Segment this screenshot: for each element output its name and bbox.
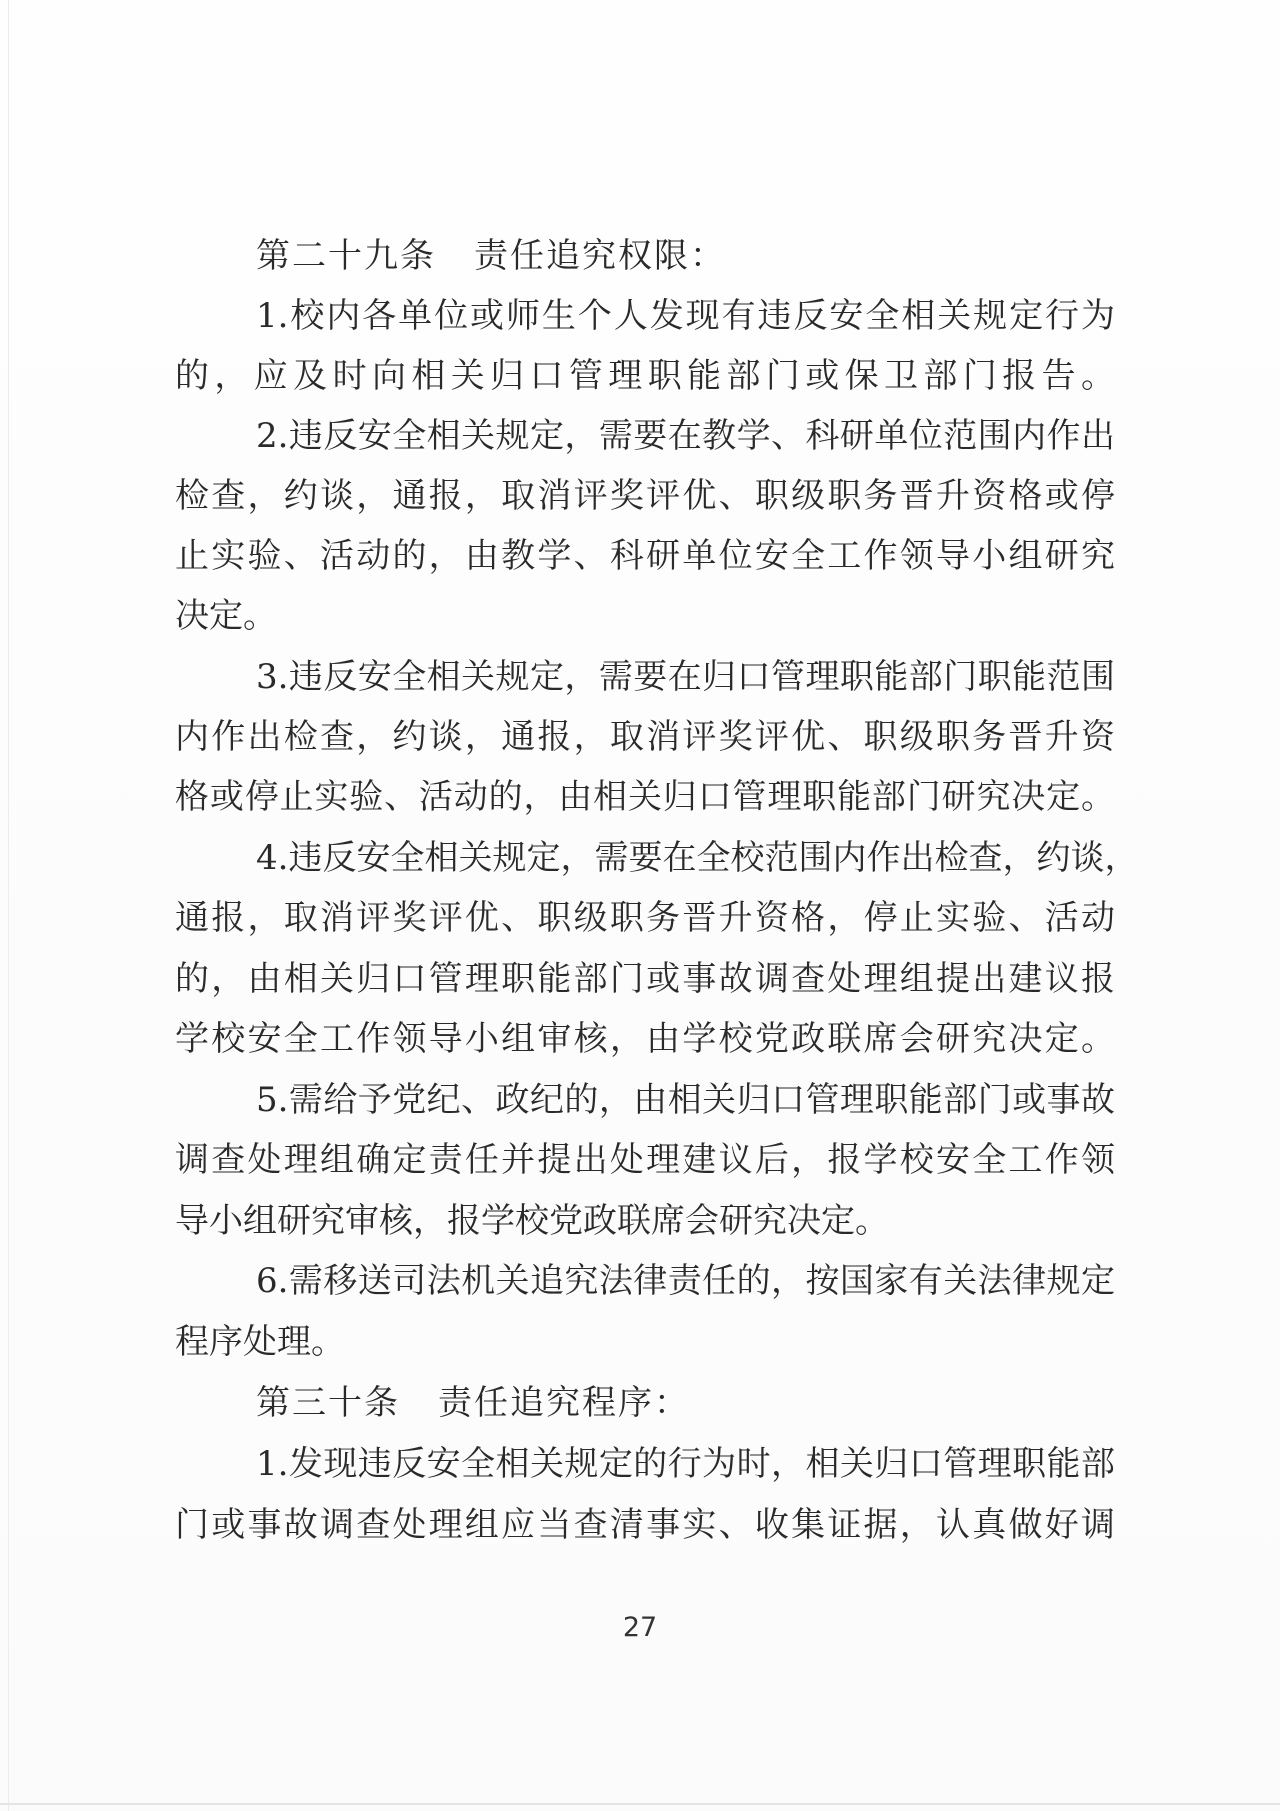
document-page: 第二十九条责任追究权限： 1.校内各单位或师生个人发现有违反安全相关规定行为 的… bbox=[0, 0, 1280, 1811]
page-edge-left bbox=[8, 0, 9, 1811]
article-29-line-18: 程序处理。 bbox=[175, 1320, 1115, 1364]
article-29-line-3: 2.违反安全相关规定，需要在教学、科研单位范围内作出 bbox=[256, 414, 1115, 458]
article-30-heading: 第三十条责任追究程序： bbox=[256, 1381, 1115, 1425]
article-29-line-2: 的，应及时向相关归口管理职能部门或保卫部门报告。 bbox=[175, 354, 1115, 398]
page-edge-bottom bbox=[0, 1803, 1280, 1805]
article-29-label: 第二十九条 bbox=[256, 236, 436, 276]
article-29-line-15: 调查处理组确定责任并提出处理建议后，报学校安全工作领 bbox=[175, 1138, 1115, 1182]
article-29-line-13: 学校安全工作领导小组审核，由学校党政联席会研究决定。 bbox=[175, 1017, 1115, 1061]
article-29-line-4: 检查，约谈，通报，取消评奖评优、职级职务晋升资格或停 bbox=[175, 474, 1115, 518]
article-29-line-14: 5.需给予党纪、政纪的，由相关归口管理职能部门或事故 bbox=[256, 1078, 1115, 1122]
article-29-line-1: 1.校内各单位或师生个人发现有违反安全相关规定行为 bbox=[256, 294, 1115, 338]
article-29-line-6: 决定。 bbox=[175, 594, 1115, 638]
article-29-heading: 第二十九条责任追究权限： bbox=[256, 234, 1115, 278]
article-29-line-5: 止实验、活动的，由教学、科研单位安全工作领导小组研究 bbox=[175, 534, 1115, 578]
article-30-line-2: 门或事故调查处理组应当查清事实、收集证据，认真做好调 bbox=[175, 1503, 1115, 1547]
article-29-line-9: 格或停止实验、活动的，由相关归口管理职能部门研究决定。 bbox=[175, 775, 1115, 819]
article-29-line-11: 通报，取消评奖评优、职级职务晋升资格，停止实验、活动 bbox=[175, 896, 1115, 940]
article-30-line-1: 1.发现违反安全相关规定的行为时，相关归口管理职能部 bbox=[256, 1442, 1115, 1486]
article-29-line-8: 内作出检查，约谈，通报，取消评奖评优、职级职务晋升资 bbox=[175, 715, 1115, 759]
article-29-line-17: 6.需移送司法机关追究法律责任的，按国家有关法律规定 bbox=[256, 1259, 1115, 1303]
article-29-line-16: 导小组研究审核，报学校党政联席会研究决定。 bbox=[175, 1199, 1115, 1243]
page-number: 27 bbox=[600, 1612, 680, 1643]
article-29-line-10: 4.违反安全相关规定，需要在全校范围内作出检查，约谈， bbox=[256, 836, 1115, 880]
article-29-line-7: 3.违反安全相关规定，需要在归口管理职能部门职能范围 bbox=[256, 655, 1115, 699]
article-30-title: 责任追究程序： bbox=[438, 1383, 690, 1423]
article-29-line-12: 的，由相关归口管理职能部门或事故调查处理组提出建议报 bbox=[175, 957, 1115, 1001]
article-29-title: 责任追究权限： bbox=[474, 236, 726, 276]
article-30-label: 第三十条 bbox=[256, 1383, 400, 1423]
